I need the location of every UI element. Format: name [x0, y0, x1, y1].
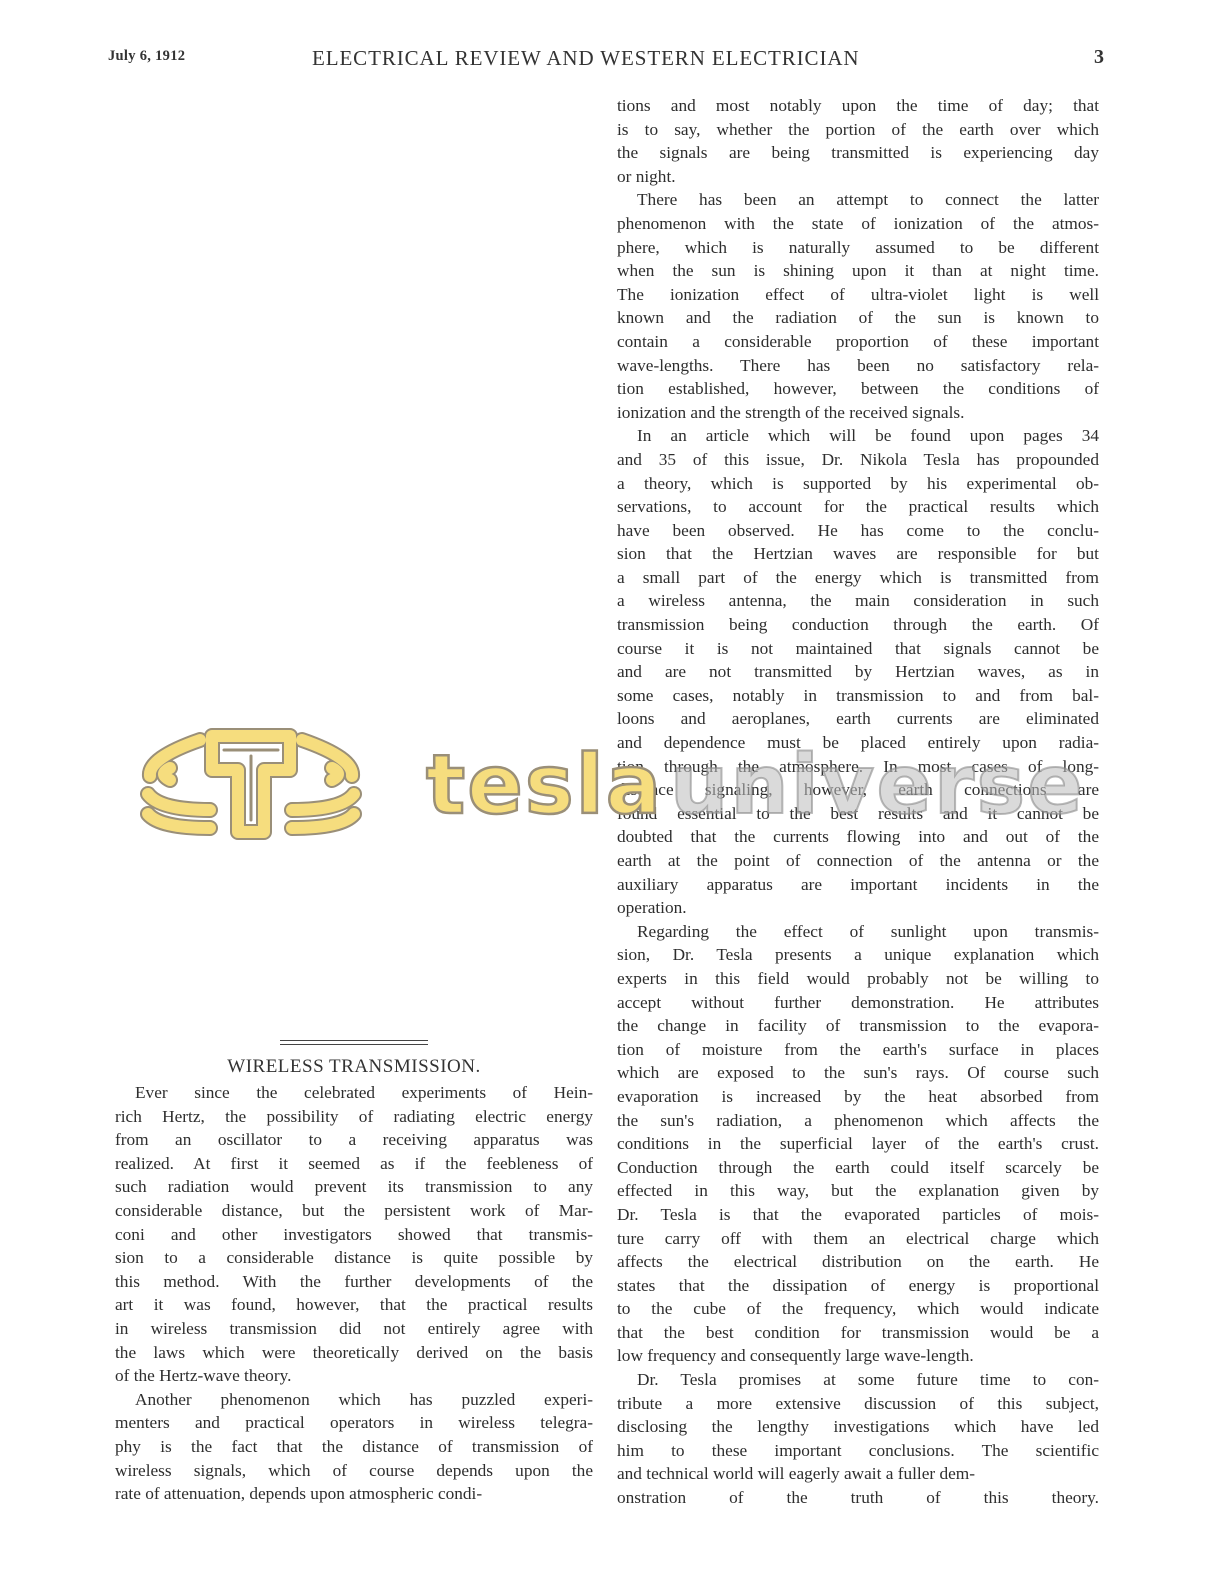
- text-line: effected in this way, but the explanatio…: [617, 1179, 1099, 1203]
- text-line: in wireless transmission did not entirel…: [115, 1317, 593, 1341]
- text-line: Another phenomenon which has puzzled exp…: [115, 1388, 593, 1412]
- text-line: the laws which were theoretically derive…: [115, 1341, 593, 1365]
- text-line: and 35 of this issue, Dr. Nikola Tesla h…: [617, 448, 1099, 472]
- text-line: the signals are being transmitted is exp…: [617, 141, 1099, 165]
- text-line: Regarding the effect of sunlight upon tr…: [617, 920, 1099, 944]
- text-line: transmission being conduction through th…: [617, 613, 1099, 637]
- publication-title: ELECTRICAL REVIEW AND WESTERN ELECTRICIA…: [312, 46, 859, 71]
- page-header: July 6, 1912 ELECTRICAL REVIEW AND WESTE…: [108, 46, 1104, 72]
- article-title: WIRELESS TRANSMISSION.: [115, 1055, 593, 1079]
- text-line: Conduction through the earth could itsel…: [617, 1156, 1099, 1180]
- text-line: known and the radiation of the sun is kn…: [617, 306, 1099, 330]
- text-line: wave-lengths. There has been no satisfac…: [617, 354, 1099, 378]
- text-line: servations, to account for the practical…: [617, 495, 1099, 519]
- text-line: sion, Dr. Tesla presents a unique explan…: [617, 943, 1099, 967]
- text-line: and dependence must be placed entirely u…: [617, 731, 1099, 755]
- text-line: There has been an attempt to connect the…: [617, 188, 1099, 212]
- text-line: tion established, however, between the c…: [617, 377, 1099, 401]
- text-line: course it is not maintained that signals…: [617, 637, 1099, 661]
- issue-date: July 6, 1912: [108, 48, 185, 65]
- text-line: tribute a more extensive discussion of t…: [617, 1392, 1099, 1416]
- text-line: tions and most notably upon the time of …: [617, 94, 1099, 118]
- text-line: rich Hertz, the possibility of radiating…: [115, 1105, 593, 1129]
- text-line: accept without further demonstration. He…: [617, 991, 1099, 1015]
- text-line: and technical world will eagerly await a…: [617, 1462, 1099, 1486]
- text-line: to the cube of the frequency, which woul…: [617, 1297, 1099, 1321]
- left-column-text: Ever since the celebrated experiments of…: [115, 1081, 593, 1506]
- text-line: found essential to the best results and …: [617, 802, 1099, 826]
- text-line: conditions in the superficial layer of t…: [617, 1132, 1099, 1156]
- text-line: onstration of the truth of this theory.: [617, 1486, 1099, 1510]
- text-line: when the sun is shining upon it than at …: [617, 259, 1099, 283]
- text-line: phere, which is naturally assumed to be …: [617, 236, 1099, 260]
- text-line: low frequency and consequently large wav…: [617, 1344, 1099, 1368]
- text-line: a wireless antenna, the main considerati…: [617, 589, 1099, 613]
- text-line: wireless signals, which of course depend…: [115, 1459, 593, 1483]
- text-line: coni and other investigators showed that…: [115, 1223, 593, 1247]
- text-line: of the Hertz-wave theory.: [115, 1364, 593, 1388]
- t-logo-icon: [148, 736, 354, 832]
- text-line: sion to a considerable distance is quite…: [115, 1246, 593, 1270]
- text-line: evaporation is increased by the heat abs…: [617, 1085, 1099, 1109]
- text-line: some cases, notably in transmission to a…: [617, 684, 1099, 708]
- text-line: and are not transmitted by Hertzian wave…: [617, 660, 1099, 684]
- text-line: states that the dissipation of energy is…: [617, 1274, 1099, 1298]
- text-line: realized. At first it seemed as if the f…: [115, 1152, 593, 1176]
- text-line: sion that the Hertzian waves are respons…: [617, 542, 1099, 566]
- text-line: Dr. Tesla promises at some future time t…: [617, 1368, 1099, 1392]
- text-line: distance signaling, however, earth conne…: [617, 778, 1099, 802]
- text-line: or night.: [617, 165, 1099, 189]
- text-line: earth at the point of connection of the …: [617, 849, 1099, 873]
- text-line: a small part of the energy which is tran…: [617, 566, 1099, 590]
- text-line: phy is the fact that the distance of tra…: [115, 1435, 593, 1459]
- title-double-rule: [280, 1040, 428, 1045]
- text-line: considerable distance, but the persisten…: [115, 1199, 593, 1223]
- text-line: In an article which will be found upon p…: [617, 424, 1099, 448]
- text-line: experts in this field would probably not…: [617, 967, 1099, 991]
- text-line: rate of attenuation, depends upon atmosp…: [115, 1482, 593, 1506]
- text-line: such radiation would prevent its transmi…: [115, 1175, 593, 1199]
- text-line: phenomenon with the state of ionization …: [617, 212, 1099, 236]
- text-line: operation.: [617, 896, 1099, 920]
- text-line: The ionization effect of ultra-violet li…: [617, 283, 1099, 307]
- text-line: him to these important conclusions. The …: [617, 1439, 1099, 1463]
- text-line: the sun's radiation, a phenomenon which …: [617, 1109, 1099, 1133]
- text-line: loons and aeroplanes, earth currents are…: [617, 707, 1099, 731]
- text-line: from an oscillator to a receiving appara…: [115, 1128, 593, 1152]
- text-line: is to say, whether the portion of the ea…: [617, 118, 1099, 142]
- right-column-text: tions and most notably upon the time of …: [617, 94, 1099, 1510]
- text-line: ionization and the strength of the recei…: [617, 401, 1099, 425]
- text-line: art it was found, however, that the prac…: [115, 1293, 593, 1317]
- text-line: doubted that the currents flowing into a…: [617, 825, 1099, 849]
- text-line: the change in facility of transmission t…: [617, 1014, 1099, 1038]
- right-column: tions and most notably upon the time of …: [617, 94, 1099, 1510]
- text-line: which are exposed to the sun's rays. Of …: [617, 1061, 1099, 1085]
- left-column: WIRELESS TRANSMISSION. Ever since the ce…: [115, 1040, 593, 1506]
- text-line: menters and practical operators in wirel…: [115, 1411, 593, 1435]
- text-line: auxiliary apparatus are important incide…: [617, 873, 1099, 897]
- text-line: affects the electrical distribution on t…: [617, 1250, 1099, 1274]
- text-line: tion through the atmosphere. In most cas…: [617, 755, 1099, 779]
- text-line: disclosing the lengthy investigations wh…: [617, 1415, 1099, 1439]
- text-line: contain a considerable proportion of the…: [617, 330, 1099, 354]
- page-number: 3: [1094, 46, 1104, 69]
- text-line: Dr. Tesla is that the evaporated particl…: [617, 1203, 1099, 1227]
- text-line: Ever since the celebrated experiments of…: [115, 1081, 593, 1105]
- text-line: ture carry off with them an electrical c…: [617, 1227, 1099, 1251]
- text-line: this method. With the further developmen…: [115, 1270, 593, 1294]
- text-line: have been observed. He has come to the c…: [617, 519, 1099, 543]
- text-line: that the best condition for transmission…: [617, 1321, 1099, 1345]
- text-line: a theory, which is supported by his expe…: [617, 472, 1099, 496]
- text-line: tion of moisture from the earth's surfac…: [617, 1038, 1099, 1062]
